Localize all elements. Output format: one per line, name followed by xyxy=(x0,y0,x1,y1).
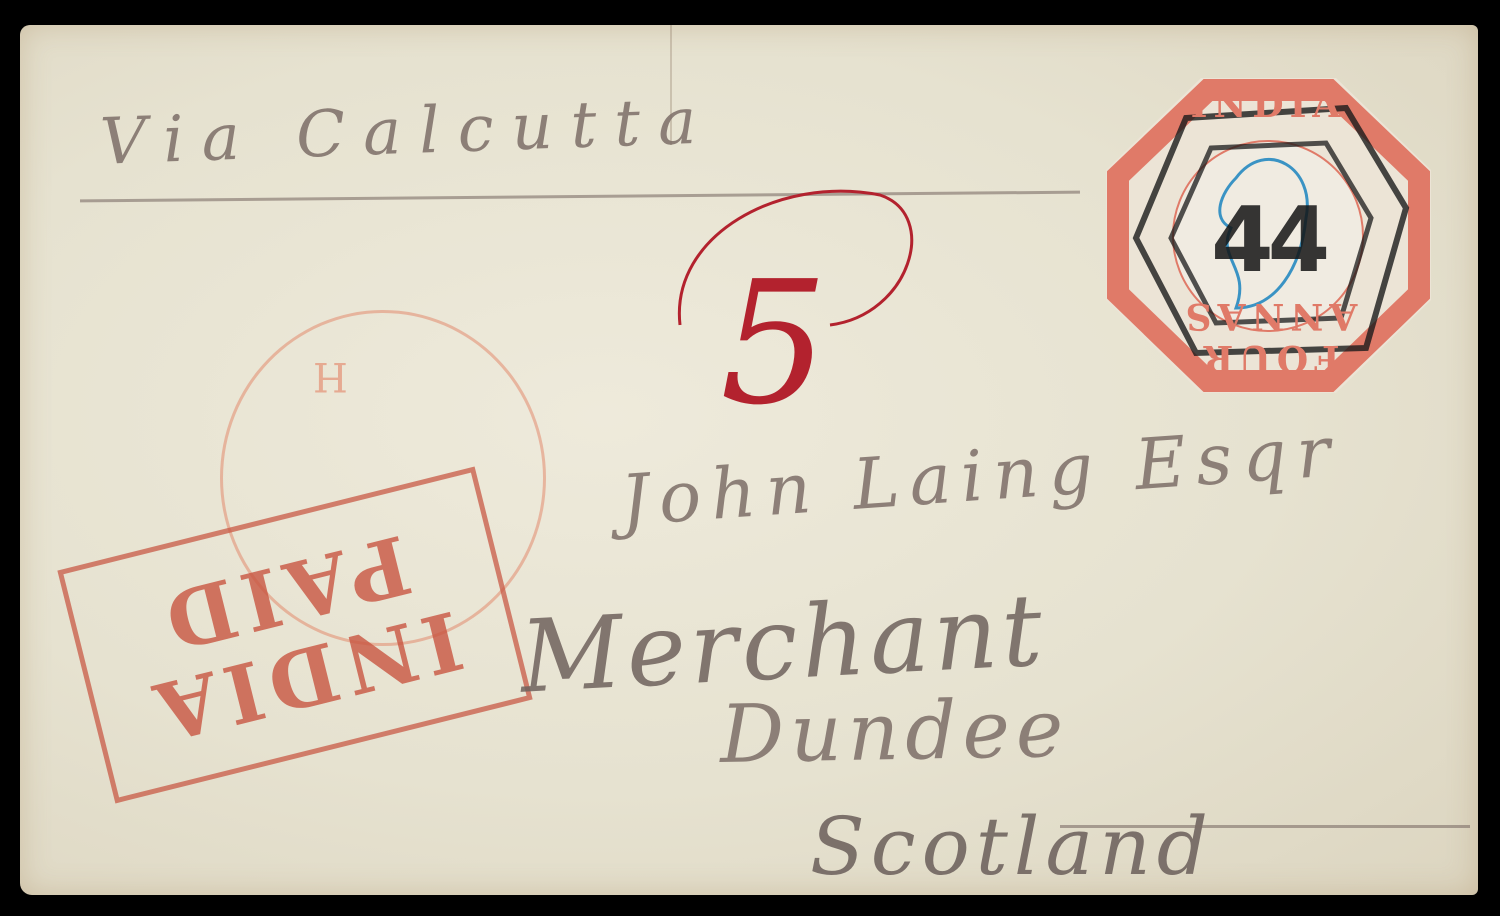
postage-stamp: INDIA FOUR ANNAS 44 xyxy=(1106,78,1431,393)
address-city: Dundee xyxy=(719,682,1070,781)
cancel-numeral: 44 xyxy=(1211,188,1324,293)
stamp-value: FOUR ANNAS xyxy=(1106,295,1431,379)
underline xyxy=(80,191,1080,203)
india-paid-handstamp: INDIA PAID xyxy=(57,467,532,804)
datestamp-text: H xyxy=(313,353,348,399)
stamp-country: INDIA xyxy=(1106,84,1431,126)
routing-instruction: Via Calcutta xyxy=(99,84,716,179)
manuscript-charge: 5 xyxy=(720,245,828,443)
country-underline xyxy=(1060,825,1470,828)
address-country: Scotland xyxy=(810,800,1214,893)
